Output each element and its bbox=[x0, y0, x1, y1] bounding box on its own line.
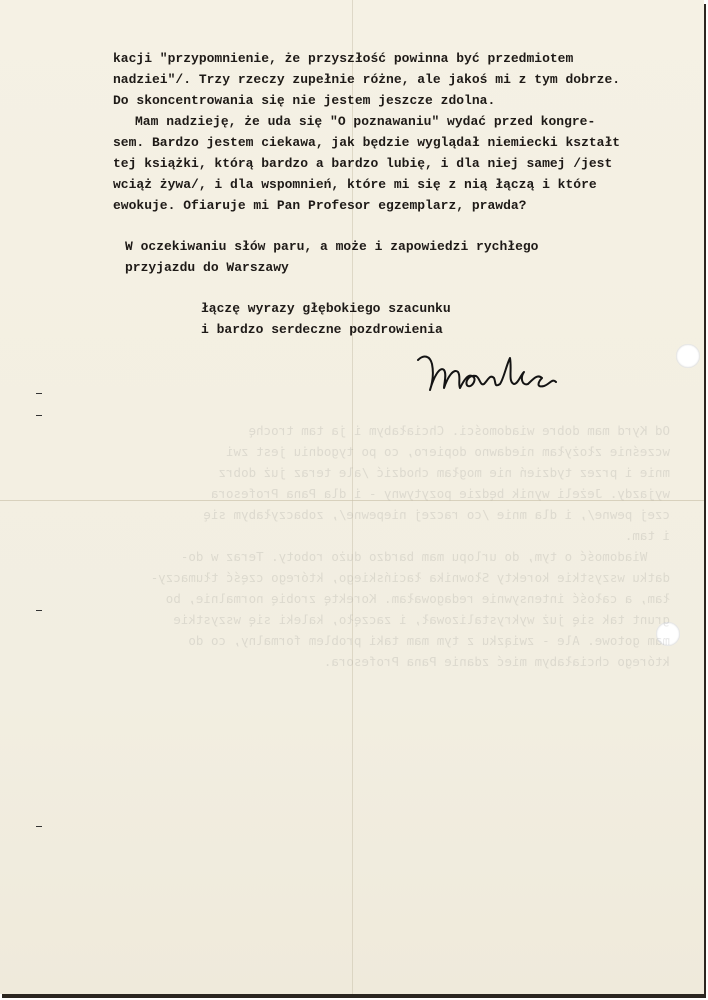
text-line: Do skoncentrowania się nie jestem jeszcz… bbox=[113, 90, 683, 111]
paragraph-1: kacji "przypomnienie, że przyszłość powi… bbox=[113, 48, 683, 111]
handwritten-signature bbox=[410, 348, 580, 398]
paragraph-2: Mam nadzieję, że uda się "O poznawaniu" … bbox=[113, 111, 683, 216]
text-line: kacji "przypomnienie, że przyszłość powi… bbox=[113, 48, 683, 69]
closing: łączę wyrazy głębokiego szacunku i bardz… bbox=[113, 298, 683, 340]
text-line: tej książki, którą bardzo a bardzo lubię… bbox=[113, 153, 683, 174]
text-line: nadziei"/. Trzy rzeczy zupełnie różne, a… bbox=[113, 69, 683, 90]
punch-hole-top bbox=[676, 344, 700, 368]
show-through-reverse-text: Od Kyrd mam dobre wiadomości. Chciałabym… bbox=[110, 420, 670, 672]
margin-mark bbox=[36, 415, 42, 416]
punch-hole-bottom bbox=[656, 622, 680, 646]
text-line: i bardzo serdeczne pozdrowienia bbox=[113, 319, 683, 340]
paragraph-3: W oczekiwaniu słów paru, a może i zapowi… bbox=[113, 236, 683, 278]
letter-page: Od Kyrd mam dobre wiadomości. Chciałabym… bbox=[0, 0, 704, 994]
text-line: przyjazdu do Warszawy bbox=[113, 257, 683, 278]
text-line: łączę wyrazy głębokiego szacunku bbox=[113, 298, 683, 319]
letter-body: kacji "przypomnienie, że przyszłość powi… bbox=[113, 48, 683, 340]
text-line: wciąż żywa/, i dla wspomnień, które mi s… bbox=[113, 174, 683, 195]
margin-mark bbox=[36, 610, 42, 611]
margin-mark bbox=[36, 826, 42, 827]
text-line: Mam nadzieję, że uda się "O poznawaniu" … bbox=[113, 111, 683, 132]
text-line: ewokuje. Ofiaruje mi Pan Profesor egzemp… bbox=[113, 195, 683, 216]
text-line: sem. Bardzo jestem ciekawa, jak będzie w… bbox=[113, 132, 683, 153]
text-line: W oczekiwaniu słów paru, a może i zapowi… bbox=[113, 236, 683, 257]
margin-mark bbox=[36, 393, 42, 394]
